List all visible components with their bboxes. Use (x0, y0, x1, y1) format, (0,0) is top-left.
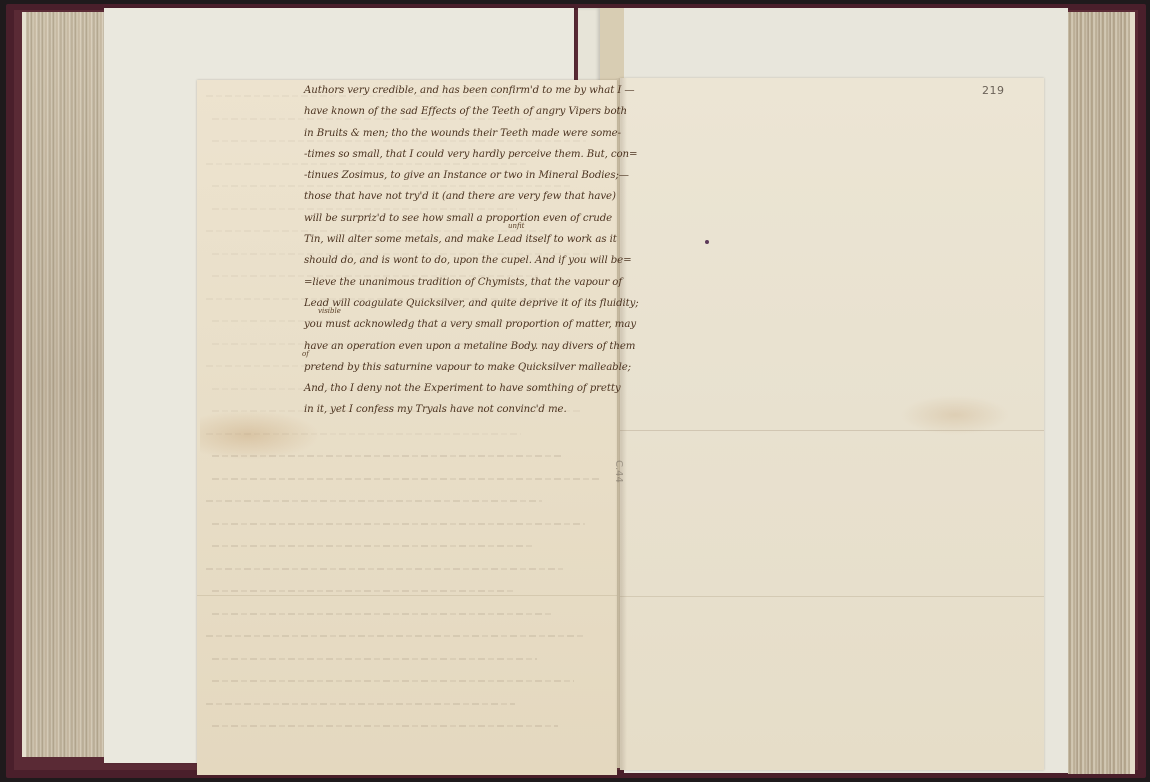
bleed-through-line (206, 635, 584, 637)
water-stain (900, 395, 1010, 435)
text-line: -times so small, that I could very hardl… (304, 144, 616, 165)
bleed-through-line (212, 545, 532, 547)
text-line: Tin, will alter some metals, and make Le… (304, 229, 616, 250)
bleed-through-line (212, 680, 574, 682)
bleed-through-line (212, 613, 553, 615)
page-edges-left (22, 12, 108, 757)
text-line: Lead will coagulate Quicksilver, and qui… (304, 293, 616, 314)
ink-spot (705, 240, 709, 244)
bleed-through-line (206, 568, 563, 570)
text-line: should do, and is wont to do, upon the c… (304, 250, 616, 271)
bleed-through-line (212, 658, 537, 660)
bleed-through-line (212, 725, 558, 727)
page-edges-right (1068, 12, 1135, 774)
bleed-through-line (212, 590, 516, 592)
text-line: you must acknowledg that a very small pr… (304, 314, 616, 335)
interlinear-note: unfit (508, 222, 525, 230)
text-line: those that have not try'd it (and there … (304, 186, 616, 207)
bleed-through-line (206, 433, 521, 435)
bleed-through-line (206, 703, 515, 705)
text-line: Authors very credible, and has been conf… (304, 80, 616, 101)
page-number: 219 (982, 84, 1005, 97)
handwritten-text: Authors very credible, and has been conf… (304, 80, 616, 421)
bleed-through-line (212, 478, 601, 480)
text-line: have an operation even upon a metaline B… (304, 336, 616, 357)
gutter-shadow (615, 78, 627, 770)
fold-line (620, 596, 1044, 597)
text-line: And, tho I deny not the Experiment to ha… (304, 378, 616, 399)
text-line: in it, yet I confess my Tryals have not … (304, 399, 616, 420)
text-line: in Bruits & men; tho the wounds their Te… (304, 123, 616, 144)
bleed-through-line (206, 500, 542, 502)
interlinear-note: visible (318, 307, 341, 315)
interlinear-note: of (302, 350, 309, 358)
text-line: =lieve the unanimous tradition of Chymis… (304, 272, 616, 293)
text-line: have known of the sad Effects of the Tee… (304, 101, 616, 122)
text-line: -tinues Zosimus, to give an Instance or … (304, 165, 616, 186)
bleed-through-line (212, 455, 564, 457)
pencil-shelfmark: C.44 (613, 460, 624, 483)
text-line: pretend by this saturnine vapour to make… (304, 357, 616, 378)
bleed-through-line (212, 523, 585, 525)
text-line: will be surpriz'd to see how small a pro… (304, 208, 616, 229)
